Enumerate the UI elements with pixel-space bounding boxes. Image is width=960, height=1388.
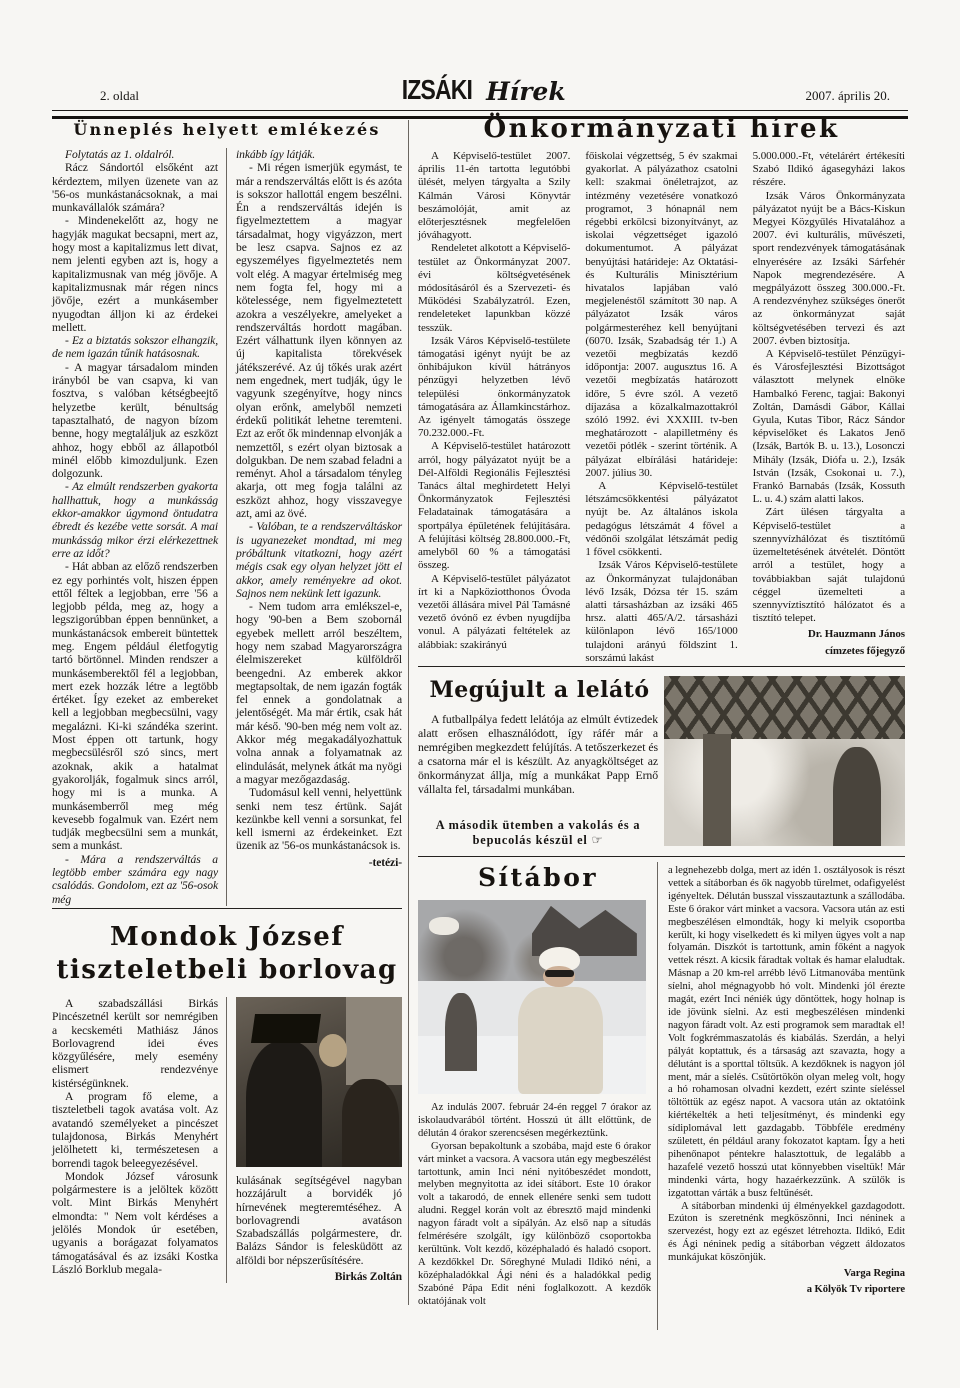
lelato-caption: A második ütemben a vakolás és a bepucol… bbox=[418, 818, 658, 848]
sitabor-column-1: Az indulás 2007. február 24-én reggel 7 … bbox=[418, 1102, 651, 1309]
onkormanyzati-column-3: 5.000.000.-Ft, vételárért értékesíti Sza… bbox=[753, 150, 905, 665]
photo-decoration bbox=[429, 917, 459, 934]
pointing-hand-icon: ☞ bbox=[592, 833, 604, 847]
column-divider-rule bbox=[408, 120, 409, 1305]
ski-camp-photo bbox=[418, 900, 646, 1094]
signature: Birkás Zoltán bbox=[236, 1270, 402, 1283]
paragraph: Izsák Város Képviselő-testülete az Önkor… bbox=[585, 559, 737, 665]
paragraph: A Képviselő-testület létszámcsökkentési … bbox=[585, 480, 737, 559]
section-divider-rule bbox=[52, 908, 402, 909]
section-divider-rule bbox=[418, 666, 905, 667]
photo-decoration bbox=[346, 997, 402, 1085]
paragraph: Rácz Sándortól elsőként azt kérdeztem, m… bbox=[52, 161, 218, 214]
paragraph: Rendeletet alkotott a Képviselő-testület… bbox=[418, 242, 570, 334]
paragraph: - Mindenekelőtt az, hogy ne hagyják magu… bbox=[52, 214, 218, 334]
mondok-title-line2: tiszteletbeli borlovag bbox=[56, 955, 397, 985]
photo-decoration bbox=[246, 1041, 322, 1167]
lelato-caption-text: A második ütemben a vakolás és a bepucol… bbox=[436, 818, 641, 847]
photo-decoration bbox=[703, 734, 732, 846]
lelato-body-text: A futballpálya fedett lelátója az elmúlt… bbox=[418, 712, 658, 796]
photo-decoration bbox=[518, 987, 602, 1094]
paragraph: - A magyar társadalom minden irányból be… bbox=[52, 361, 218, 481]
paragraph: Az indulás 2007. február 24-én reggel 7 … bbox=[418, 1102, 651, 1141]
paragraph: - Az elmúlt rendszerben gyakorta hallhat… bbox=[52, 480, 218, 560]
paragraph: 5.000.000.-Ft, vételárért értékesíti Sza… bbox=[753, 150, 905, 190]
paragraph: A Képviselő-testület pályázatot írt ki a… bbox=[418, 573, 570, 652]
borlovag-ceremony-photo bbox=[236, 997, 402, 1167]
paragraph: Gyorsan bepakoltunk a szobába, majd este… bbox=[418, 1141, 651, 1309]
signature: címzetes főjegyző bbox=[753, 645, 905, 658]
signature: a Kölyök Tv riportere bbox=[668, 1284, 905, 1297]
onkormanyzati-column-2: főiskolai végzettség, 5 év szakmai gyako… bbox=[585, 150, 737, 665]
sitabor-column-2: a legnehezebb dolga, mert az idén 1. osz… bbox=[668, 865, 905, 1297]
paragraph: - Hát abban az előző rendszerben ez egy … bbox=[52, 560, 218, 853]
paragraph: A Képviselő-testület 2007. április 11-én… bbox=[418, 150, 570, 242]
signature: -tetézi- bbox=[236, 856, 402, 869]
paragraph: kulásának segítségével nagyban hozzájáru… bbox=[236, 1174, 402, 1267]
paragraph: A szabadszállási Birkás Pincészetnél ker… bbox=[52, 997, 218, 1090]
mondok-column-1: A szabadszállási Birkás Pincészetnél ker… bbox=[52, 997, 226, 1283]
masthead-title-sub: Hírek bbox=[486, 77, 566, 106]
article-title-lelato: Megújult a lelátó bbox=[418, 677, 661, 703]
masthead-title-main: IZSÁKI bbox=[402, 74, 472, 106]
onkormanyzati-column-1: A Képviselő-testület 2007. április 11-én… bbox=[418, 150, 570, 665]
mondok-column-2-text: kulásának segítségével nagyban hozzájáru… bbox=[236, 1174, 402, 1283]
photo-decoration bbox=[342, 1079, 398, 1167]
mondok-title-line1: Mondok József bbox=[110, 922, 344, 952]
paragraph: Tudomásul kell venni, helyettünk senki n… bbox=[236, 786, 402, 852]
paragraph: - Ez a biztatás sokszor elhangzik, de ne… bbox=[52, 334, 218, 361]
mondok-column-2: kulásának segítségével nagyban hozzájáru… bbox=[226, 997, 402, 1283]
issue-date: 2007. április 20. bbox=[806, 88, 891, 104]
paragraph: A sítáborban mindenki új élményekkel gaz… bbox=[668, 1201, 905, 1266]
photo-decoration bbox=[251, 1014, 321, 1043]
column-divider-rule bbox=[657, 862, 658, 1330]
photo-decoration bbox=[319, 1034, 347, 1066]
photo-decoration bbox=[833, 747, 881, 846]
paragraph: főiskolai végzettség, 5 év szakmai gyako… bbox=[585, 150, 737, 480]
unneples-column-1: Folytatás az 1. oldalról.Rácz Sándortól … bbox=[52, 148, 226, 906]
paragraph: A Képviselő-testület határozott arról, h… bbox=[418, 440, 570, 572]
photo-decoration bbox=[664, 676, 905, 739]
article-onkormanyzati: A Képviselő-testület 2007. április 11-én… bbox=[418, 150, 905, 665]
photo-decoration bbox=[445, 993, 477, 1071]
paragraph: A program fő eleme, a tiszteletbeli tago… bbox=[52, 1090, 218, 1170]
paragraph: a legnehezebb dolga, mert az idén 1. osz… bbox=[668, 865, 905, 1201]
paragraph: - Valóban, te a rendszerváltáskor is ugy… bbox=[236, 520, 402, 600]
article-title-sitabor: Sítábor bbox=[418, 863, 658, 892]
article-title-unneples: Ünneplés helyett emlékezés bbox=[52, 120, 402, 139]
signature: Dr. Hauzmann János bbox=[753, 628, 905, 641]
signature: Varga Regina bbox=[668, 1268, 905, 1281]
article-unneples: Ünneplés helyett emlékezés Folytatás az … bbox=[52, 120, 402, 906]
article-title-mondok: Mondok József tiszteletbeli borlovag bbox=[52, 921, 402, 987]
paragraph: inkább így látják. bbox=[236, 148, 402, 161]
grandstand-renovation-photo bbox=[664, 676, 905, 846]
paragraph: Mondok József városunk polgármestere is … bbox=[52, 1170, 218, 1276]
paragraph: A Képviselő-testület Pénzügyi- és Városf… bbox=[753, 348, 905, 506]
paragraph: - Mára a rendszerváltás a legtöbb ember … bbox=[52, 853, 218, 906]
unneples-column-2: inkább így látják.- Mi régen ismerjük eg… bbox=[226, 148, 402, 906]
section-divider-rule bbox=[418, 856, 905, 857]
paragraph: Izsák Város Képviselő-testülete támogatá… bbox=[418, 335, 570, 441]
article-title-onkormanyzati: Önkormányzati hírek bbox=[418, 114, 905, 144]
paragraph: Folytatás az 1. oldalról. bbox=[52, 148, 218, 161]
paragraph: - Mi régen ismerjük egymást, te már a re… bbox=[236, 161, 402, 520]
photo-decoration bbox=[545, 970, 575, 977]
paragraph: Izsák Város Önkormányzata pályázatot nyú… bbox=[753, 190, 905, 348]
paragraph: - Nem tudom arra emlékszel-e, hogy '90-b… bbox=[236, 600, 402, 786]
article-mondok: A szabadszállási Birkás Pincészetnél ker… bbox=[52, 997, 402, 1283]
paragraph: Zárt ülésen tárgyalta a Képviselő-testül… bbox=[753, 506, 905, 625]
newspaper-page: 2. oldal IZSÁKI Hírek 2007. április 20. … bbox=[0, 0, 960, 1388]
